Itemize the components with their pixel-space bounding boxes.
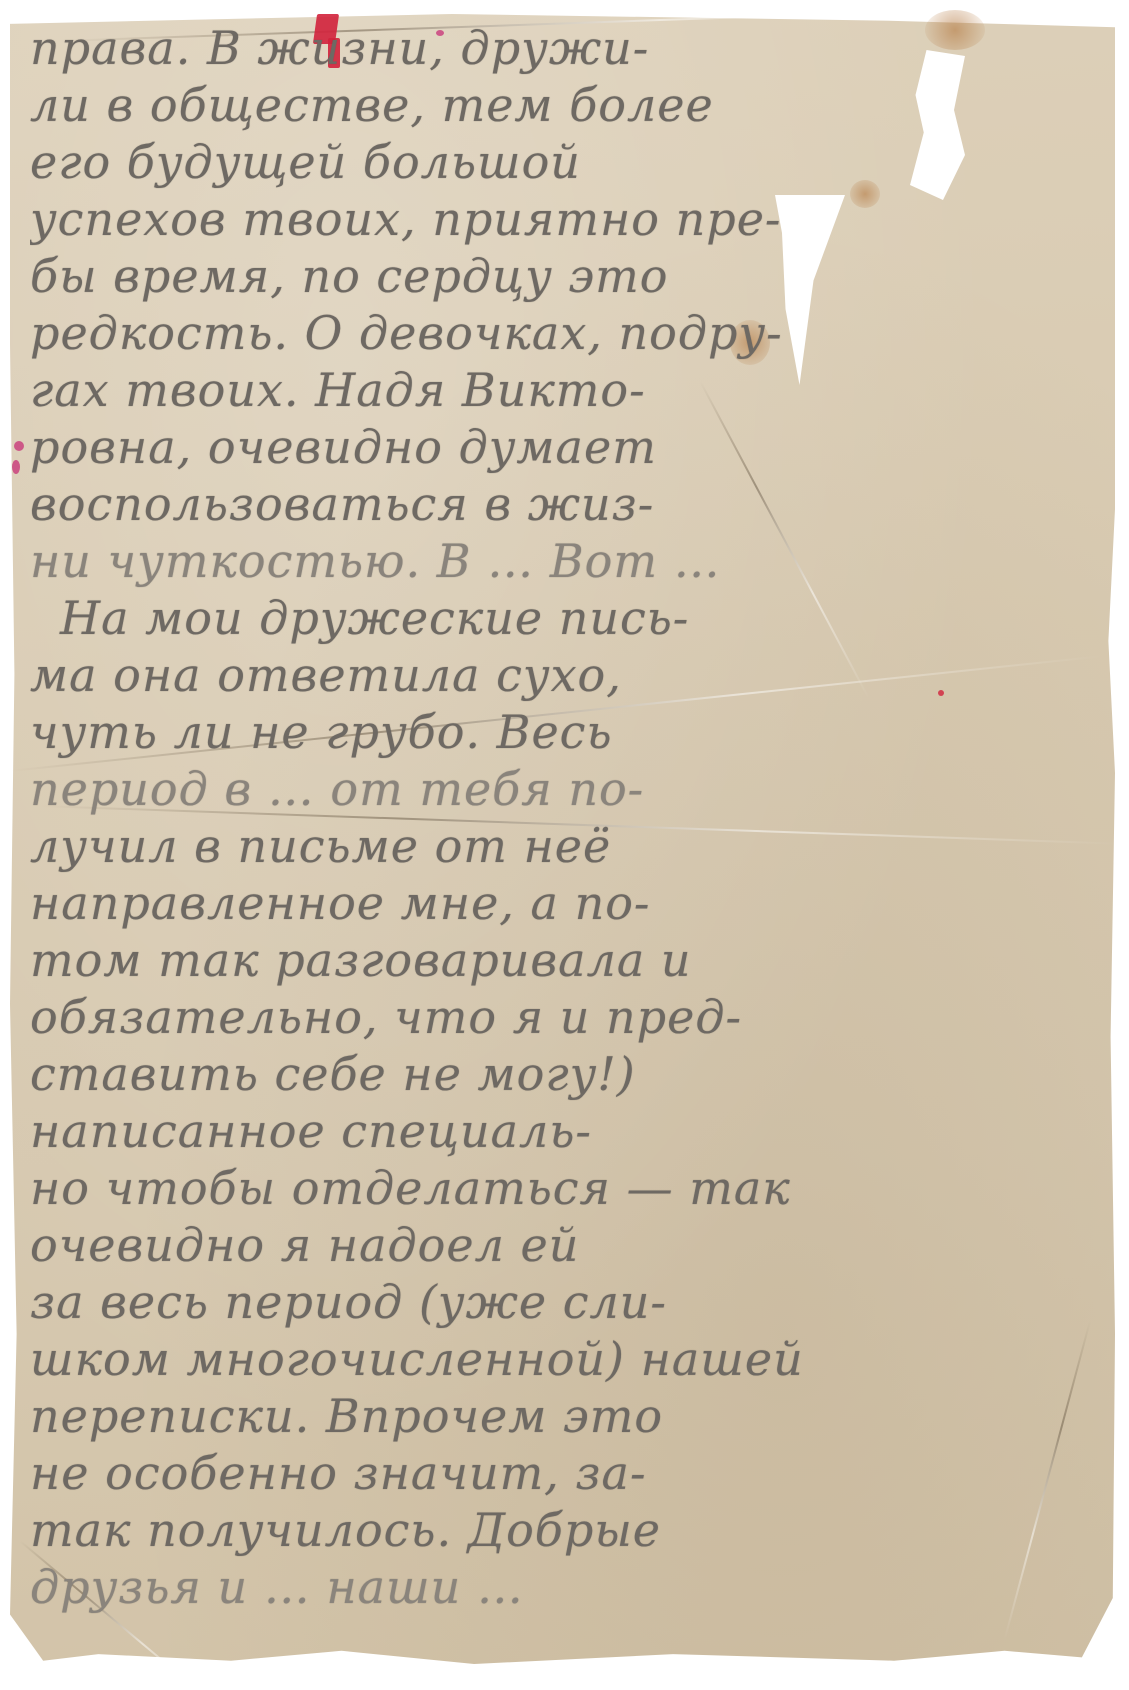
handwritten-line: лучил в письме от неё: [30, 818, 1110, 875]
handwritten-line: чуть ли не грубо. Весь: [30, 704, 1110, 761]
handwritten-line: период в … от тебя по-: [30, 761, 1110, 818]
handwritten-line: его будущей большой: [30, 134, 1110, 191]
handwritten-line: обязательно, что я и пред-: [30, 989, 1110, 1046]
handwritten-line: ровна, очевидно думает: [30, 419, 1110, 476]
handwritten-line: права. В жизни, дружи-: [30, 20, 1110, 77]
handwritten-line: написанное специаль-: [30, 1103, 1110, 1160]
handwritten-line: успехов твоих, приятно пре-: [30, 191, 1110, 248]
handwritten-line: так получилось. Добрые: [30, 1502, 1110, 1559]
pink-dot: [14, 441, 24, 451]
handwritten-line: На мои дружеские пись-: [30, 590, 1110, 647]
handwritten-line: переписки. Впрочем это: [30, 1388, 1110, 1445]
handwritten-line: за весь период (уже сли-: [30, 1274, 1110, 1331]
handwritten-line: шком многочисленной) нашей: [30, 1331, 1110, 1388]
handwritten-line: редкость. О девочках, подру-: [30, 305, 1110, 362]
handwritten-line: ли в обществе, тем более: [30, 77, 1110, 134]
handwritten-line: не особенно значит, за-: [30, 1445, 1110, 1502]
handwritten-line: бы время, по сердцу это: [30, 248, 1110, 305]
handwritten-line: том так разговаривала и: [30, 932, 1110, 989]
handwritten-line: воспользоваться в жиз-: [30, 476, 1110, 533]
handwritten-line: направленное мне, а по-: [30, 875, 1110, 932]
handwritten-line: гах твоих. Надя Викто-: [30, 362, 1110, 419]
letter-body: права. В жизни, дружи- ли в обществе, те…: [30, 20, 1110, 1616]
handwritten-line: ставить себе не могу!): [30, 1046, 1110, 1103]
handwritten-line: ни чуткостью. В … Вот …: [30, 533, 1110, 590]
pink-dot: [12, 460, 20, 474]
handwritten-line: очевидно я надоел ей: [30, 1217, 1110, 1274]
handwritten-line: друзья и … наши …: [30, 1559, 1110, 1616]
handwritten-line: ма она ответила сухо,: [30, 647, 1110, 704]
handwritten-line: но чтобы отделаться — так: [30, 1160, 1110, 1217]
